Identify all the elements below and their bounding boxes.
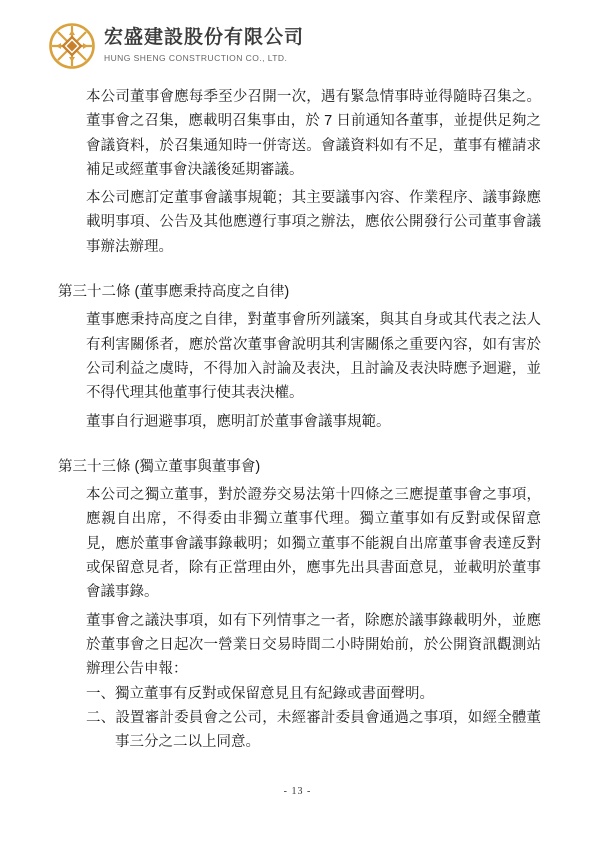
article-heading: 第三十二條 (董事應秉持高度之自律) bbox=[58, 280, 541, 304]
numbered-list: 一、獨立董事有反對或保留意見且有紀錄或書面聲明。 二、設置審計委員會之公司，未經… bbox=[86, 682, 541, 755]
paragraph: 董事會之議決事項，如有下列情事之一者，除應於議事錄載明外，並應於董事會之日起次一… bbox=[86, 609, 541, 682]
document-body: 本公司董事會應每季至少召開一次，遇有緊急情事時並得隨時召集之。董事會之召集，應載… bbox=[86, 85, 541, 754]
paragraph: 本公司董事會應每季至少召開一次，遇有緊急情事時並得隨時召集之。董事會之召集，應載… bbox=[86, 85, 541, 182]
paragraph: 董事應秉持高度之自律，對董事會所列議案，與其自身或其代表之法人有利害關係者，應於… bbox=[86, 308, 541, 405]
paragraph: 本公司之獨立董事，對於證券交易法第十四條之三應提董事會之事項，應親自出席，不得委… bbox=[86, 483, 541, 604]
section-article-33: 第三十三條 (獨立董事與董事會) 本公司之獨立董事，對於證券交易法第十四條之三應… bbox=[86, 455, 541, 755]
paragraph: 董事自行迴避事項，應明訂於董事會議事規範。 bbox=[86, 410, 541, 434]
page-footer: - 13 - bbox=[0, 786, 595, 797]
company-name-chinese: 宏盛建設股份有限公司 bbox=[104, 25, 304, 50]
article-heading: 第三十三條 (獨立董事與董事會) bbox=[58, 455, 541, 479]
letterhead: 宏盛建設股份有限公司 HUNG SHENG CONSTRUCTION CO., … bbox=[47, 21, 304, 71]
section-article-32: 第三十二條 (董事應秉持高度之自律) 董事應秉持高度之自律，對董事會所列議案，與… bbox=[86, 280, 541, 434]
document-page: 宏盛建設股份有限公司 HUNG SHENG CONSTRUCTION CO., … bbox=[0, 0, 595, 842]
list-item: 二、設置審計委員會之公司，未經審計委員會通過之事項，如經全體董事三分之二以上同意… bbox=[86, 706, 541, 755]
company-logo-icon bbox=[47, 21, 97, 71]
section-board-meetings: 本公司董事會應每季至少召開一次，遇有緊急情事時並得隨時召集之。董事會之召集，應載… bbox=[86, 85, 541, 259]
page-number: - 13 - bbox=[284, 786, 312, 797]
list-item: 一、獨立董事有反對或保留意見且有紀錄或書面聲明。 bbox=[86, 682, 541, 706]
paragraph: 本公司應訂定董事會議事規範；其主要議事內容、作業程序、議事錄應載明事項、公告及其… bbox=[86, 186, 541, 259]
company-names: 宏盛建設股份有限公司 HUNG SHENG CONSTRUCTION CO., … bbox=[104, 21, 304, 63]
company-name-english: HUNG SHENG CONSTRUCTION CO., LTD. bbox=[104, 53, 304, 63]
